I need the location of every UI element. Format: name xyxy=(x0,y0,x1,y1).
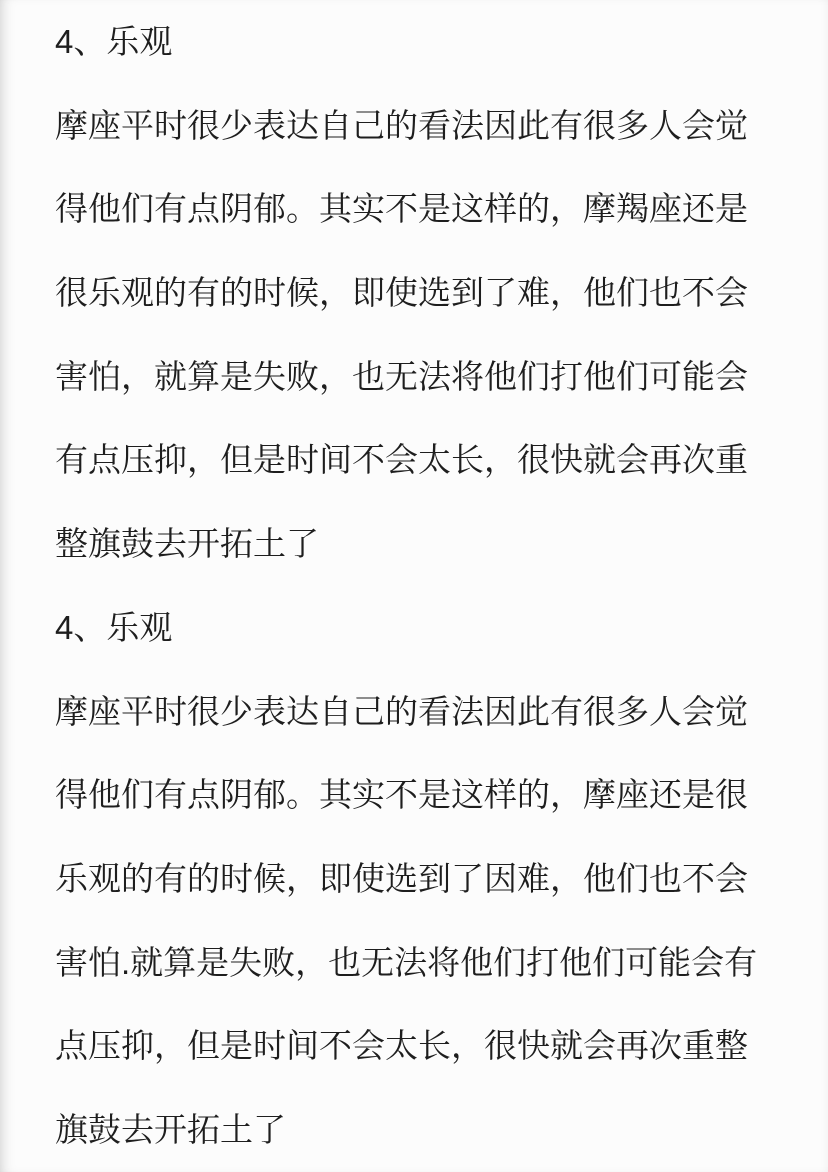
section-heading: 4、乐观 xyxy=(55,586,773,670)
text-line: 得他们有点阴郁。其实不是这样的，摩羯座还是 xyxy=(55,167,773,251)
text-line: 点压抑，但是时间不会太长，很快就会再次重整 xyxy=(55,1004,773,1088)
section-2: 4、乐观 摩座平时很少表达自己的看法因此有很多人会觉 得他们有点阴郁。其实不是这… xyxy=(55,586,773,1172)
text-line: 害怕，就算是失败，也无法将他们打他们可能会 xyxy=(55,335,773,419)
text-line: 旗鼓去开拓土了 xyxy=(55,1088,773,1172)
text-line: 害怕.就算是失败，也无法将他们打他们可能会有 xyxy=(55,921,773,1005)
text-line: 得他们有点阴郁。其实不是这样的，摩座还是很 xyxy=(55,753,773,837)
section-1: 4、乐观 摩座平时很少表达自己的看法因此有很多人会觉 得他们有点阴郁。其实不是这… xyxy=(55,0,773,586)
text-line: 摩座平时很少表达自己的看法因此有很多人会觉 xyxy=(55,84,773,168)
text-line: 很乐观的有的时候，即使选到了难，他们也不会 xyxy=(55,251,773,335)
text-line: 有点压抑，但是时间不会太长，很快就会再次重 xyxy=(55,418,773,502)
section-heading: 4、乐观 xyxy=(55,0,773,84)
article-body: 4、乐观 摩座平时很少表达自己的看法因此有很多人会觉 得他们有点阴郁。其实不是这… xyxy=(0,0,828,1172)
text-line: 摩座平时很少表达自己的看法因此有很多人会觉 xyxy=(55,670,773,754)
text-line: 整旗鼓去开拓土了 xyxy=(55,502,773,586)
text-line: 乐观的有的时候，即使选到了因难，他们也不会 xyxy=(55,837,773,921)
